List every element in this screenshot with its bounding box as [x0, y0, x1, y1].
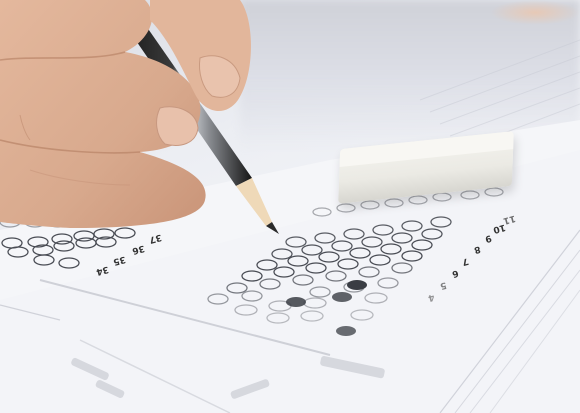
- photo-scene: 34 35 36 37 4 5 6 7 8 9 10 11: [0, 0, 580, 413]
- hand: [0, 0, 251, 228]
- hand-and-pencil: [0, 0, 580, 413]
